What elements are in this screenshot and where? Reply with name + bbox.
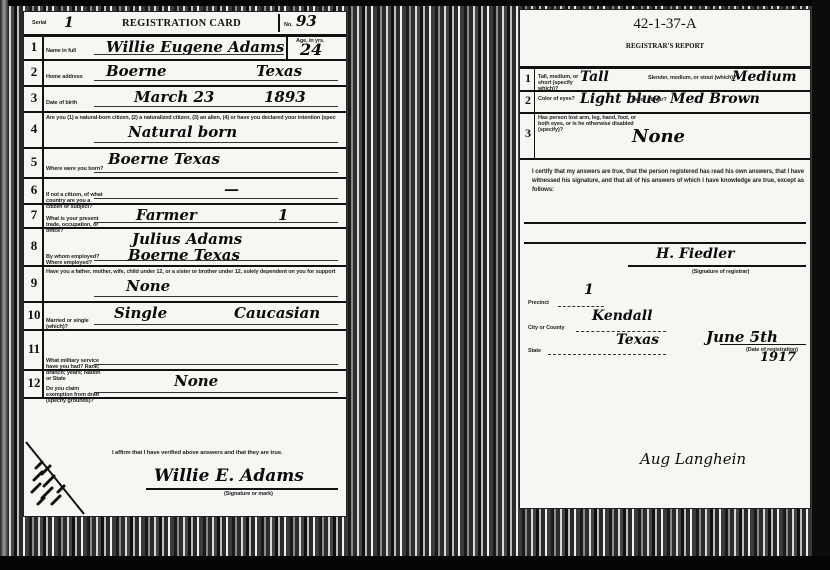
- row-divider: [42, 205, 44, 227]
- row-divider: [42, 371, 44, 397]
- row-number: 2: [26, 64, 42, 80]
- age-value: 24: [300, 40, 322, 59]
- row-number: 3: [522, 126, 534, 141]
- row-label-2: Color of hair?: [632, 97, 667, 103]
- row-number: 8: [26, 238, 42, 254]
- row-value-2: Medium: [732, 69, 797, 85]
- employer-location: Boerne Texas: [128, 246, 240, 264]
- order-number: 93: [296, 12, 317, 30]
- registrar-caption: (Signature of registrar): [692, 269, 749, 275]
- answer-line: [94, 142, 338, 143]
- clerk-signature: Aug Langhein: [640, 450, 746, 468]
- exception-line-2: [524, 242, 806, 244]
- card-title: REGISTRATION CARD: [122, 18, 241, 29]
- certification-text: I certify that my answers are true, that…: [532, 168, 804, 195]
- report-row: 2 Color of eyes? Light blueColor of hair…: [520, 90, 810, 114]
- row-label: Are you (1) a natural-born citizen, (2) …: [46, 115, 336, 121]
- question-row: 12 Do you claim exemption from draft (sp…: [24, 371, 346, 399]
- registrant-signature: Willie E. Adams: [154, 466, 304, 486]
- row-number: 1: [522, 71, 534, 86]
- row-number: 12: [26, 375, 42, 391]
- state-value: Texas: [616, 332, 659, 348]
- row-value: None: [174, 372, 218, 390]
- row-value: None: [126, 277, 170, 295]
- order-number-box: No. 93: [278, 14, 340, 32]
- serial-label: Serial: [32, 20, 46, 26]
- question-row: 11 What military service have you had? R…: [24, 331, 346, 371]
- row-divider: [42, 149, 44, 177]
- row-label: Date of birth: [46, 100, 77, 106]
- row-label: Name in full: [46, 48, 76, 54]
- row-number: 3: [26, 90, 42, 106]
- row-extra-value: Texas: [256, 62, 302, 80]
- row-divider: [42, 113, 44, 147]
- report-header: 42-1-37-A REGISTRAR'S REPORT: [520, 10, 810, 69]
- answer-line: [94, 296, 338, 297]
- exception-line-1: [524, 222, 806, 224]
- order-label: No.: [284, 22, 293, 28]
- question-row: 6 If not a citizen, of what country are …: [24, 179, 346, 205]
- question-row: 7 What is your present trade, occupation…: [24, 205, 346, 229]
- answer-line: [94, 198, 338, 199]
- question-row: 3 Date of birth March 23 1893: [24, 87, 346, 113]
- registrar-signature: H. Fiedler: [656, 246, 735, 262]
- registrar-signature-line: [628, 265, 806, 267]
- row-value: March 23: [134, 88, 214, 106]
- question-rows: 1 Name in full Willie Eugene Adams Age, …: [24, 37, 346, 399]
- card-header: Serial 1 REGISTRATION CARD No. 93: [24, 12, 346, 37]
- row-extra-value: Caucasian: [234, 304, 320, 322]
- registration-year: 1917: [760, 350, 796, 365]
- row-number: 10: [26, 307, 42, 323]
- signature-caption: (Signature or mark): [224, 491, 273, 497]
- answer-line: [94, 364, 338, 365]
- film-border-left: [0, 0, 8, 570]
- question-row: 10 Married or single (which)? Single Cau…: [24, 303, 346, 331]
- answer-line: [94, 172, 338, 173]
- signature-line: [146, 488, 338, 490]
- row-divider: [42, 37, 44, 59]
- city-label: City or County: [528, 325, 565, 331]
- row-divider: [42, 61, 44, 85]
- report-row: 1 Tall, medium, or short (specify which)…: [520, 68, 810, 92]
- question-row: 8 By whom employed? Where employed? Juli…: [24, 229, 346, 267]
- answer-line: [94, 392, 338, 393]
- row-value: Boerne Texas: [108, 150, 220, 168]
- row-divider: [42, 331, 44, 369]
- row-label: Have you a father, mother, wife, child u…: [46, 269, 336, 275]
- age-box: Age, in yrs. 24: [286, 37, 340, 59]
- row-number: 4: [26, 121, 42, 137]
- registrars-report-card: 42-1-37-A REGISTRAR'S REPORT 1 Tall, med…: [520, 10, 810, 508]
- precinct-label: Precinct: [528, 300, 549, 306]
- row-divider: [42, 267, 44, 301]
- row-value: Tall: [580, 69, 609, 85]
- row-divider: [534, 68, 535, 90]
- report-title: REGISTRAR'S REPORT: [520, 42, 810, 50]
- row-divider: [534, 90, 535, 112]
- affirmation-text: I affirm that I have verified above answ…: [112, 450, 283, 456]
- film-border-bottom: [0, 556, 830, 570]
- question-row: 2 Home address Boerne Texas: [24, 61, 346, 87]
- row-value: —: [224, 180, 239, 198]
- row-divider: [42, 87, 44, 111]
- question-row: 4 Are you (1) a natural-born citizen, (2…: [24, 113, 346, 149]
- row-label: Home address: [46, 74, 83, 80]
- row-extra-value: 1893: [264, 88, 306, 106]
- row-label: Color of eyes?: [538, 96, 575, 102]
- row-number: 5: [26, 154, 42, 170]
- state-line: [548, 354, 666, 355]
- row-value: Single: [114, 304, 167, 322]
- date-line: [720, 344, 806, 345]
- row-number: 11: [26, 341, 42, 357]
- precinct-line: [558, 306, 604, 307]
- row-value: Boerne: [106, 62, 167, 80]
- row-label-2: Slender, medium, or stout (which)?: [648, 75, 736, 81]
- row-number: 6: [26, 182, 42, 198]
- form-number: 42-1-37-A: [520, 16, 810, 33]
- serial-number: 1: [64, 15, 74, 31]
- row-divider: [534, 112, 535, 158]
- registration-card-front: Serial 1 REGISTRATION CARD No. 93 1 Name…: [24, 12, 346, 516]
- row-divider: [42, 179, 44, 203]
- city-value: Kendall: [592, 308, 652, 324]
- precinct-value: 1: [584, 282, 594, 298]
- row-number: 7: [26, 207, 42, 223]
- row-divider: [42, 303, 44, 329]
- row-number: 9: [26, 275, 42, 291]
- report-row: 3 Has person lost arm, leg, hand, foot, …: [520, 112, 810, 160]
- row-value-2: Med Brown: [670, 91, 760, 107]
- question-row: 5 Where were you born? Boerne Texas: [24, 149, 346, 179]
- answer-line: [94, 80, 338, 81]
- row-extra-value: 1: [278, 206, 288, 224]
- row-value: Natural born: [128, 123, 237, 141]
- answer-line: [94, 222, 338, 223]
- answer-line: [94, 54, 284, 55]
- question-row: 1 Name in full Willie Eugene Adams Age, …: [24, 37, 346, 61]
- corner-cut-marks: [24, 440, 102, 516]
- row-number: 2: [522, 93, 534, 108]
- row-value: None: [632, 126, 685, 147]
- state-label: State: [528, 348, 541, 354]
- answer-line: [94, 106, 338, 107]
- film-border-right: [812, 0, 830, 570]
- answer-line: [94, 324, 338, 325]
- row-divider: [42, 229, 44, 265]
- row-number: 1: [26, 39, 42, 55]
- film-border-top: [0, 0, 830, 6]
- question-row: 9 Have you a father, mother, wife, child…: [24, 267, 346, 303]
- row-label: Do you claim exemption from draft (speci…: [46, 386, 106, 404]
